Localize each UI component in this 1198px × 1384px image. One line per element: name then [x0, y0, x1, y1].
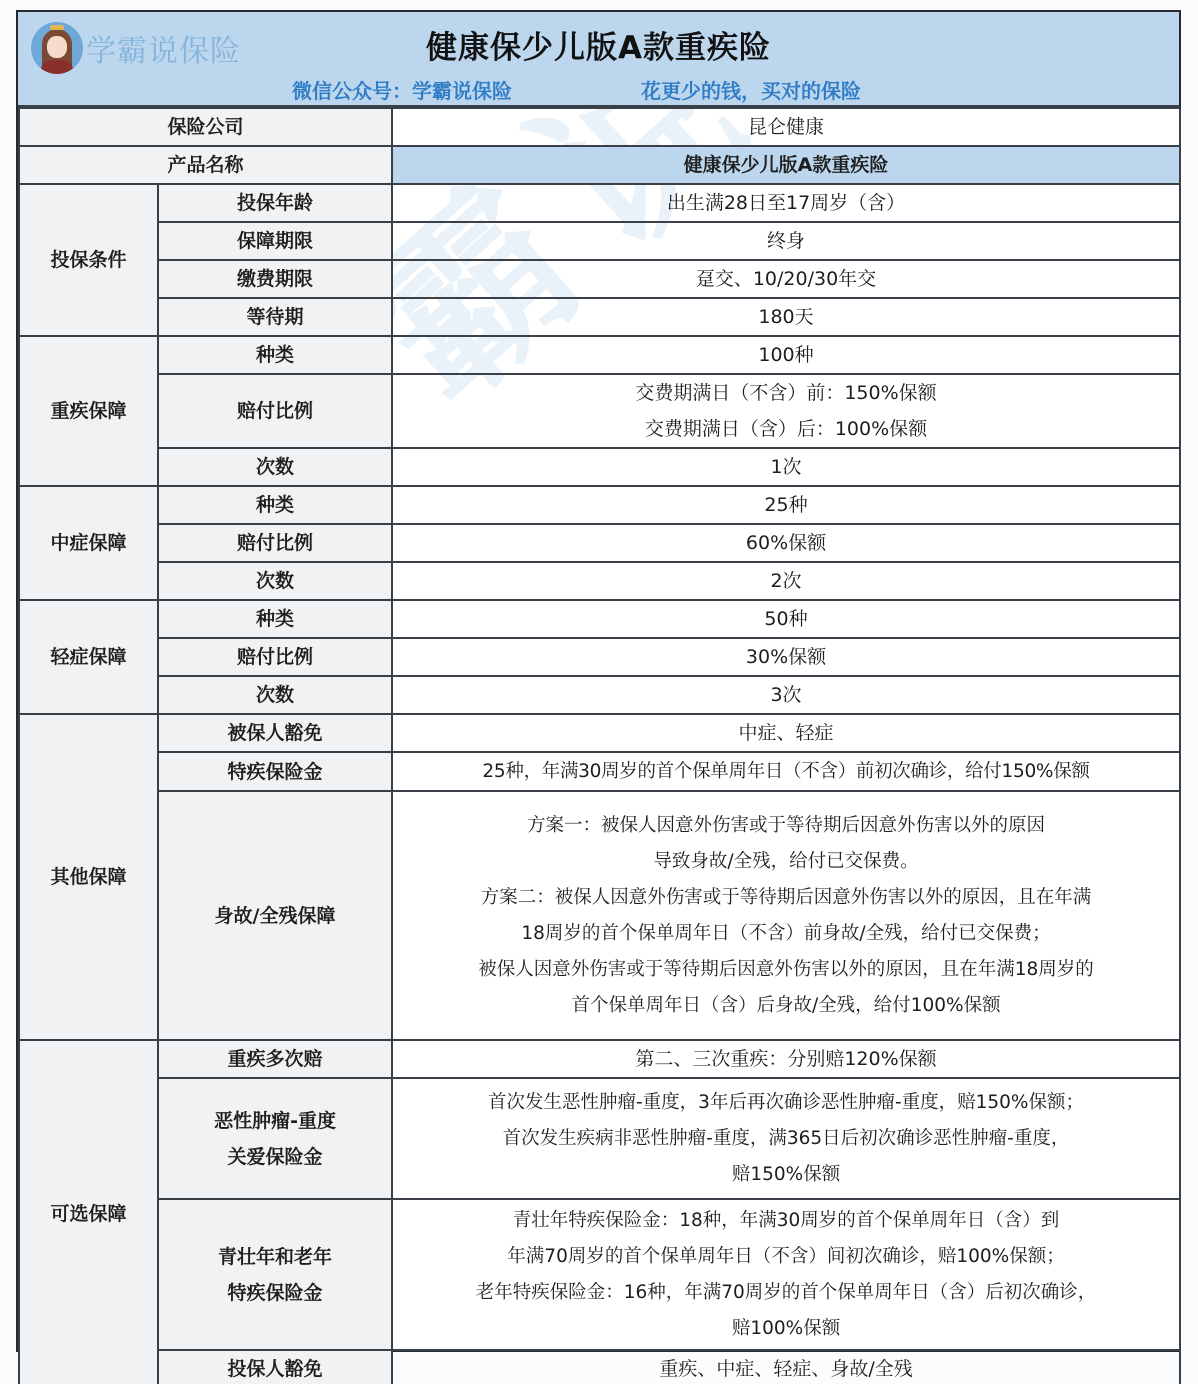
row-value: 第二、三次重疾：分别赔120%保额: [392, 1040, 1180, 1078]
section-category: 重疾保障: [19, 336, 158, 486]
row-label: 被保人豁免: [158, 714, 392, 752]
table-row: 投保条件 投保年龄 出生满28日至17周岁（含）: [19, 184, 1180, 222]
value-line: 首次发生恶性肿瘤-重度，3年后再次确诊恶性肿瘤-重度，赔150%保额；: [397, 1085, 1175, 1121]
value-line: 导致身故/全残，给付已交保费。: [397, 844, 1175, 880]
table-row: 可选保障 重疾多次赔 第二、三次重疾：分别赔120%保额: [19, 1040, 1180, 1078]
row-label: 投保人豁免: [158, 1350, 392, 1384]
row-value: 趸交、10/20/30年交: [392, 260, 1180, 298]
table-row: 赔付比例 交费期满日（不含）前：150%保额 交费期满日（含）后：100%保额: [19, 374, 1180, 448]
table-row-product: 产品名称 健康保少儿版A款重疾险: [19, 146, 1180, 184]
label-line: 特疾保险金: [163, 1275, 387, 1311]
row-label: 赔付比例: [158, 524, 392, 562]
table-row: 赔付比例 30%保额: [19, 638, 1180, 676]
wechat-account-text: 微信公众号：学霸说保险: [292, 75, 512, 104]
label-line: 关爱保险金: [163, 1139, 387, 1175]
table-row: 次数 1次: [19, 448, 1180, 486]
row-value: 首次发生恶性肿瘤-重度，3年后再次确诊恶性肿瘤-重度，赔150%保额； 首次发生…: [392, 1078, 1180, 1199]
label-line: 青壮年和老年: [163, 1239, 387, 1275]
table-row: 恶性肿瘤-重度 关爱保险金 首次发生恶性肿瘤-重度，3年后再次确诊恶性肿瘤-重度…: [19, 1078, 1180, 1199]
row-label: 保障期限: [158, 222, 392, 260]
value-line: 交费期满日（不含）前：150%保额: [397, 375, 1175, 411]
table-row: 身故/全残保障 方案一：被保人因意外伤害或于等待期后因意外伤害以外的原因 导致身…: [19, 791, 1180, 1040]
sheet-header: 学霸说保险 健康保少儿版A款重疾险 微信公众号：学霸说保险 花更少的钱，买对的保…: [18, 12, 1179, 107]
row-label: 特疾保险金: [158, 752, 392, 791]
row-label: 种类: [158, 486, 392, 524]
value-line: 赔150%保额: [397, 1157, 1175, 1193]
slogan-text: 花更少的钱，买对的保险: [641, 75, 861, 104]
row-label: 赔付比例: [158, 638, 392, 676]
table-row: 青壮年和老年 特疾保险金 青壮年特疾保险金：18种，年满30周岁的首个保单周年日…: [19, 1199, 1180, 1350]
row-value: 30%保额: [392, 638, 1180, 676]
value-line: 年满70周岁的首个保单周年日（不含）间初次确诊，赔100%保额；: [397, 1239, 1175, 1275]
row-label: 恶性肿瘤-重度 关爱保险金: [158, 1078, 392, 1199]
table-row: 保障期限 终身: [19, 222, 1180, 260]
value-line: 方案一：被保人因意外伤害或于等待期后因意外伤害以外的原因: [397, 808, 1175, 844]
table-row: 次数 2次: [19, 562, 1180, 600]
table-row: 缴费期限 趸交、10/20/30年交: [19, 260, 1180, 298]
row-value: 终身: [392, 222, 1180, 260]
value-line: 交费期满日（含）后：100%保额: [397, 411, 1175, 447]
table-row-company: 保险公司 昆仑健康: [19, 108, 1180, 146]
value-line: 18周岁的首个保单周年日（不含）前身故/全残，给付已交保费；: [397, 916, 1175, 952]
company-value: 昆仑健康: [392, 108, 1180, 146]
row-label: 次数: [158, 562, 392, 600]
row-label: 赔付比例: [158, 374, 392, 448]
row-value: 3次: [392, 676, 1180, 714]
section-category: 中症保障: [19, 486, 158, 600]
row-label: 青壮年和老年 特疾保险金: [158, 1199, 392, 1350]
section-category: 其他保障: [19, 714, 158, 1040]
row-value: 25种: [392, 486, 1180, 524]
row-label: 重疾多次赔: [158, 1040, 392, 1078]
table-row: 赔付比例 60%保额: [19, 524, 1180, 562]
row-value: 重疾、中症、轻症、身故/全残: [392, 1350, 1180, 1384]
row-value: 60%保额: [392, 524, 1180, 562]
row-value: 2次: [392, 562, 1180, 600]
row-value: 50种: [392, 600, 1180, 638]
value-line: 赔100%保额: [397, 1311, 1175, 1347]
label-line: 恶性肿瘤-重度: [163, 1103, 387, 1139]
value-line: 首个保单周年日（含）后身故/全残，给付100%保额: [397, 988, 1175, 1024]
row-value: 青壮年特疾保险金：18种，年满30周岁的首个保单周年日（含）到 年满70周岁的首…: [392, 1199, 1180, 1350]
row-value: 交费期满日（不含）前：150%保额 交费期满日（含）后：100%保额: [392, 374, 1180, 448]
row-value: 中症、轻症: [392, 714, 1180, 752]
value-line: 被保人因意外伤害或于等待期后因意外伤害以外的原因，且在年满18周岁的: [397, 952, 1175, 988]
row-label: 缴费期限: [158, 260, 392, 298]
value-line: 青壮年特疾保险金：18种，年满30周岁的首个保单周年日（含）到: [397, 1203, 1175, 1239]
page-title: 健康保少儿版A款重疾险: [18, 22, 1179, 67]
section-category: 轻症保障: [19, 600, 158, 714]
row-label: 次数: [158, 448, 392, 486]
row-label: 种类: [158, 600, 392, 638]
row-value: 100种: [392, 336, 1180, 374]
row-value: 方案一：被保人因意外伤害或于等待期后因意外伤害以外的原因 导致身故/全残，给付已…: [392, 791, 1180, 1040]
product-details-table: 保险公司 昆仑健康 产品名称 健康保少儿版A款重疾险 投保条件 投保年龄 出生满…: [18, 107, 1181, 1384]
row-label: 投保年龄: [158, 184, 392, 222]
table-row: 重疾保障 种类 100种: [19, 336, 1180, 374]
row-value: 出生满28日至17周岁（含）: [392, 184, 1180, 222]
table-row: 等待期 180天: [19, 298, 1180, 336]
row-value: 180天: [392, 298, 1180, 336]
table-row: 投保人豁免 重疾、中症、轻症、身故/全残: [19, 1350, 1180, 1384]
insurance-comparison-sheet: 学霸说保险 学霸说保险 健康保少儿版A款重疾险 微信公众号：学霸说保险 花更少的…: [16, 10, 1181, 1352]
section-category: 投保条件: [19, 184, 158, 336]
row-label: 次数: [158, 676, 392, 714]
row-value: 25种，年满30周岁的首个保单周年日（不含）前初次确诊，给付150%保额: [392, 752, 1180, 791]
row-label: 身故/全残保障: [158, 791, 392, 1040]
value-line: 老年特疾保险金：16种，年满70周岁的首个保单周年日（含）后初次确诊，: [397, 1275, 1175, 1311]
table-row: 中症保障 种类 25种: [19, 486, 1180, 524]
row-label: 等待期: [158, 298, 392, 336]
row-label: 产品名称: [19, 146, 392, 184]
table-row: 轻症保障 种类 50种: [19, 600, 1180, 638]
table-row: 其他保障 被保人豁免 中症、轻症: [19, 714, 1180, 752]
row-value: 1次: [392, 448, 1180, 486]
value-line: 方案二：被保人因意外伤害或于等待期后因意外伤害以外的原因，且在年满: [397, 880, 1175, 916]
table-row: 特疾保险金 25种，年满30周岁的首个保单周年日（不含）前初次确诊，给付150%…: [19, 752, 1180, 791]
row-label: 保险公司: [19, 108, 392, 146]
row-label: 种类: [158, 336, 392, 374]
product-name-value: 健康保少儿版A款重疾险: [392, 146, 1180, 184]
value-line: 首次发生疾病非恶性肿瘤-重度，满365日后初次确诊恶性肿瘤-重度，: [397, 1121, 1175, 1157]
section-category: 可选保障: [19, 1040, 158, 1384]
table-row: 次数 3次: [19, 676, 1180, 714]
